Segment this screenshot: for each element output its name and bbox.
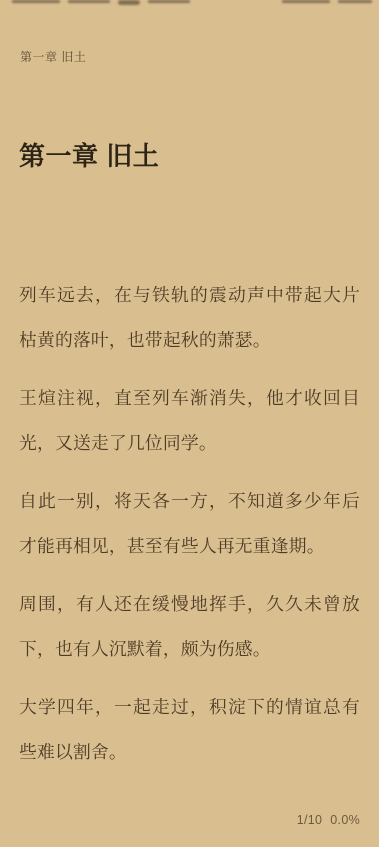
remnant-mark xyxy=(148,0,190,3)
paragraph: 大学四年，一起走过，积淀下的情谊总有些难以割舍。 xyxy=(19,685,360,775)
chapter-body: 列车远去，在与铁轨的震动声中带起大片枯黄的落叶，也带起秋的萧瑟。 王煊注视，直至… xyxy=(0,273,379,788)
chapter-title: 第一章 旧土 xyxy=(19,140,159,172)
paragraph: 王煊注视，直至列车渐消失，他才收回目光，又送走了几位同学。 xyxy=(19,376,360,466)
remnant-mark xyxy=(68,0,110,3)
progress-percent: 0.0% xyxy=(330,813,360,827)
chapter-breadcrumb: 第一章 旧土 xyxy=(20,50,86,64)
remnant-mark xyxy=(12,0,60,3)
remnant-mark xyxy=(118,0,140,5)
reader-page[interactable]: 第一章 旧土 第一章 旧土 列车远去，在与铁轨的震动声中带起大片枯黄的落叶，也带… xyxy=(0,0,379,847)
remnant-mark xyxy=(282,0,330,3)
paragraph: 列车远去，在与铁轨的震动声中带起大片枯黄的落叶，也带起秋的萧瑟。 xyxy=(19,273,360,363)
reader-footer: 1/100.0% xyxy=(297,813,360,827)
clipped-statusbar-remnant xyxy=(0,0,379,5)
paragraph: 自此一别，将天各一方，不知道多少年后才能再相见，甚至有些人再无重逢期。 xyxy=(19,479,360,569)
paragraph: 周围，有人还在缓慢地挥手，久久未曾放下，也有人沉默着，颇为伤感。 xyxy=(19,582,360,672)
remnant-mark xyxy=(338,0,372,3)
page-indicator: 1/10 xyxy=(297,813,323,827)
